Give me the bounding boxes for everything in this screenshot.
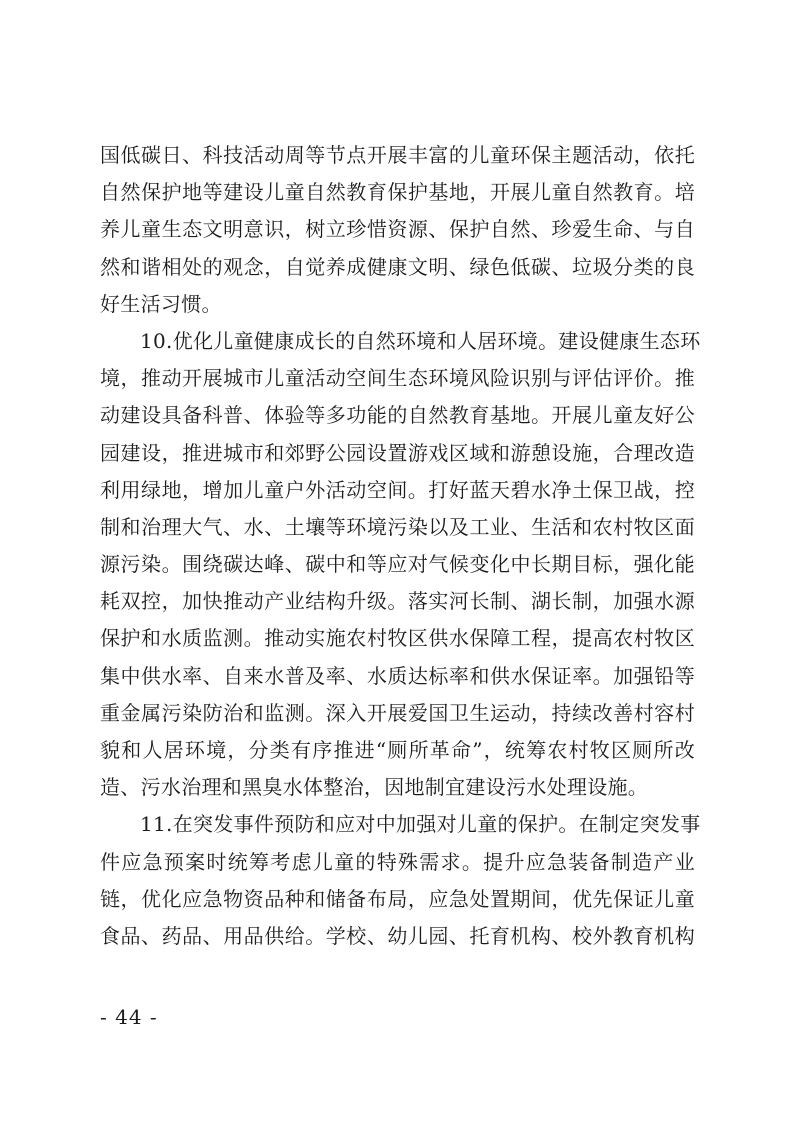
document-page: 国低碳日、科技活动周等节点开展丰富的儿童环保主题活动，依托自然保护地等建设儿童自… (0, 0, 794, 1122)
document-body: 国低碳日、科技活动周等节点开展丰富的儿童环保主题活动，依托自然保护地等建设儿童自… (100, 137, 695, 955)
text-line: 动建设具备科普、体验等多功能的自然教育基地。开展儿童友好公 (100, 397, 695, 434)
text-line: 园建设，推进城市和郊野公园设置游戏区域和游憩设施，合理改造 (100, 435, 695, 472)
text-line: 自然保护地等建设儿童自然教育保护基地，开展儿童自然教育。培 (100, 174, 695, 211)
page-number: - 44 - (100, 1003, 158, 1031)
text-line: 11.在突发事件预防和应对中加强对儿童的保护。在制定突发事 (100, 806, 695, 843)
text-line: 耗双控，加快推动产业结构升级。落实河长制、湖长制，加强水源 (100, 583, 695, 620)
text-line: 保护和水质监测。推动实施农村牧区供水保障工程，提高农村牧区 (100, 620, 695, 657)
text-line: 重金属污染防治和监测。深入开展爱国卫生运动，持续改善村容村 (100, 695, 695, 732)
text-line: 源污染。围绕碳达峰、碳中和等应对气候变化中长期目标，强化能 (100, 546, 695, 583)
text-line: 制和治理大气、水、土壤等环境污染以及工业、生活和农村牧区面 (100, 509, 695, 546)
text-line: 貌和人居环境，分类有序推进“厕所革命”，统筹农村牧区厕所改 (100, 732, 695, 769)
text-line: 国低碳日、科技活动周等节点开展丰富的儿童环保主题活动，依托 (100, 137, 695, 174)
text-line: 养儿童生态文明意识，树立珍惜资源、保护自然、珍爱生命、与自 (100, 211, 695, 248)
text-line: 食品、药品、用品供给。学校、幼儿园、托育机构、校外教育机构 (100, 918, 695, 955)
text-line: 10.优化儿童健康成长的自然环境和人居环境。建设健康生态环 (100, 323, 695, 360)
text-line: 集中供水率、自来水普及率、水质达标率和供水保证率。加强铅等 (100, 658, 695, 695)
text-line: 境，推动开展城市儿童活动空间生态环境风险识别与评估评价。推 (100, 360, 695, 397)
text-line: 利用绿地，增加儿童户外活动空间。打好蓝天碧水净土保卫战，控 (100, 472, 695, 509)
text-line: 链，优化应急物资品种和储备布局，应急处置期间，优先保证儿童 (100, 881, 695, 918)
text-line: 然和谐相处的观念，自觉养成健康文明、绿色低碳、垃圾分类的良 (100, 249, 695, 286)
text-line: 造、污水治理和黑臭水体整治，因地制宜建设污水处理设施。 (100, 769, 695, 806)
text-line: 好生活习惯。 (100, 286, 695, 323)
text-line: 件应急预案时统筹考虑儿童的特殊需求。提升应急装备制造产业 (100, 844, 695, 881)
